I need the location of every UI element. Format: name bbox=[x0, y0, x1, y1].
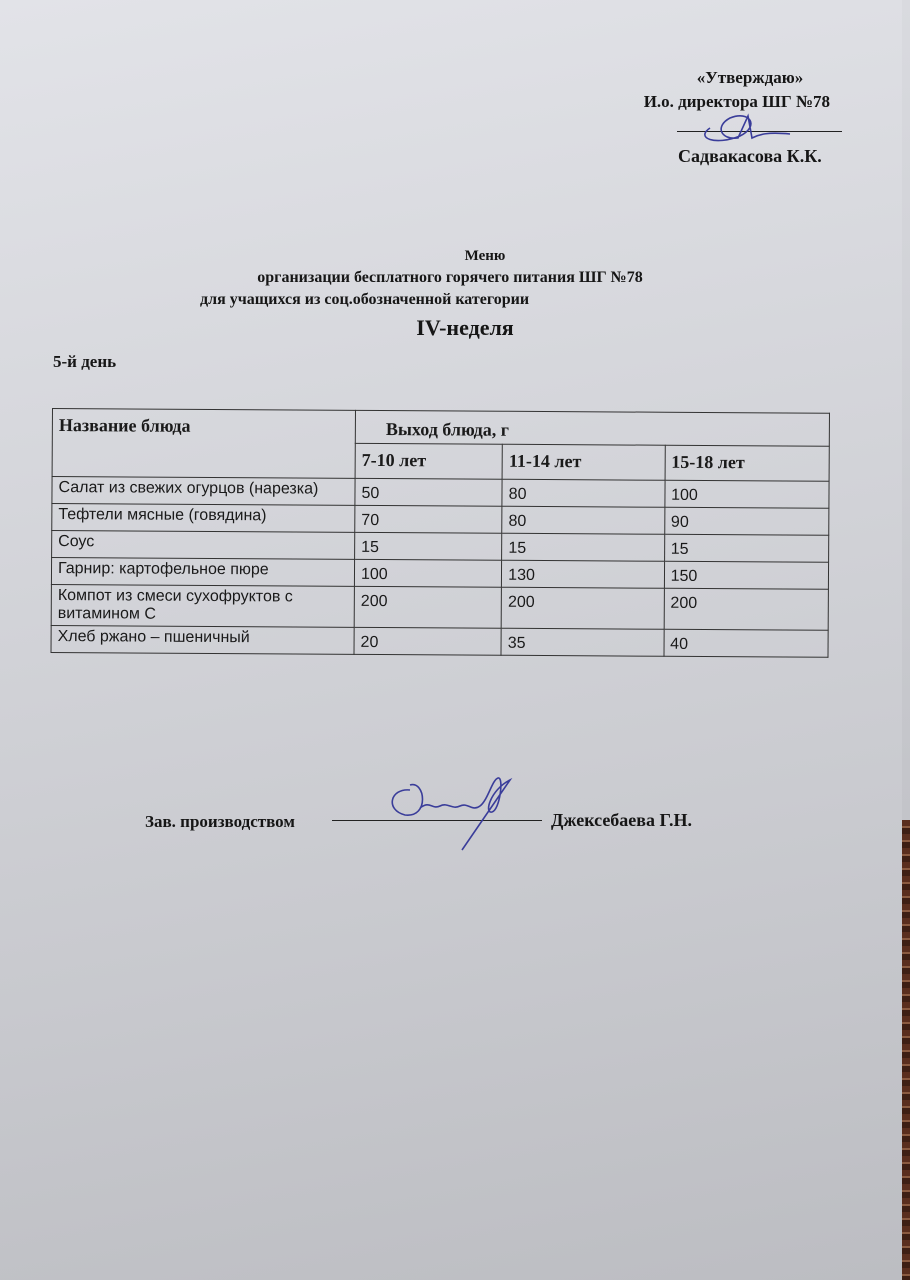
portion-value: 80 bbox=[502, 479, 665, 507]
portion-value: 35 bbox=[501, 628, 664, 656]
portion-value: 40 bbox=[664, 629, 829, 657]
portion-value: 100 bbox=[665, 480, 830, 508]
approval-heading: «Утверждаю» bbox=[600, 66, 860, 90]
day-label: 5-й день bbox=[53, 352, 116, 372]
dish-name: Соус bbox=[52, 531, 355, 560]
portion-value: 150 bbox=[664, 561, 829, 589]
portion-value: 15 bbox=[664, 534, 829, 562]
portion-value: 50 bbox=[355, 478, 502, 506]
approval-block: «Утверждаю» И.о. директора ШГ №78 Садвак… bbox=[600, 66, 860, 114]
director-signature-icon bbox=[690, 108, 800, 148]
portion-value: 200 bbox=[501, 587, 664, 629]
document-title: Меню организации бесплатного горячего пи… bbox=[180, 245, 720, 345]
portion-value: 200 bbox=[354, 586, 501, 628]
table-surface-edge bbox=[902, 820, 910, 1280]
dish-name: Салат из свежих огурцов (нарезка) bbox=[52, 477, 355, 506]
portion-value: 100 bbox=[354, 559, 501, 587]
table-row: Компот из смеси сухофруктов с витамином … bbox=[51, 584, 828, 630]
portion-value: 200 bbox=[664, 588, 829, 630]
portion-value: 80 bbox=[502, 506, 665, 534]
portion-value: 90 bbox=[664, 507, 829, 535]
age-header: 15-18 лет bbox=[665, 445, 830, 481]
portion-value: 20 bbox=[354, 627, 501, 655]
footer-role: Зав. производством bbox=[145, 812, 295, 832]
week-label: IV-неделя bbox=[180, 311, 720, 345]
title-line-2: организации бесплатного горячего питания… bbox=[180, 267, 720, 289]
table-row: Хлеб ржано – пшеничный203540 bbox=[51, 625, 828, 657]
title-line-1: Меню bbox=[180, 245, 720, 267]
age-header: 11-14 лет bbox=[502, 444, 665, 480]
age-header: 7-10 лет bbox=[355, 443, 502, 479]
footer-name: Джексебаева Г.Н. bbox=[551, 810, 692, 831]
title-line-3: для учащихся из соц.обозначенной категор… bbox=[180, 289, 720, 311]
portion-value: 15 bbox=[502, 533, 665, 561]
dish-name: Компот из смеси сухофруктов с витамином … bbox=[51, 584, 354, 627]
dish-header: Название блюда bbox=[52, 409, 355, 479]
output-header: Выход блюда, г bbox=[355, 410, 829, 446]
production-signature-icon bbox=[380, 770, 530, 860]
dish-name: Гарнир: картофельное пюре bbox=[51, 558, 354, 587]
menu-table: Название блюда Выход блюда, г 7-10 лет 1… bbox=[51, 408, 830, 658]
dish-name: Хлеб ржано – пшеничный bbox=[51, 625, 354, 654]
portion-value: 130 bbox=[502, 560, 665, 588]
dish-name: Тефтели мясные (говядина) bbox=[52, 504, 355, 533]
portion-value: 15 bbox=[355, 532, 502, 560]
portion-value: 70 bbox=[355, 505, 502, 533]
